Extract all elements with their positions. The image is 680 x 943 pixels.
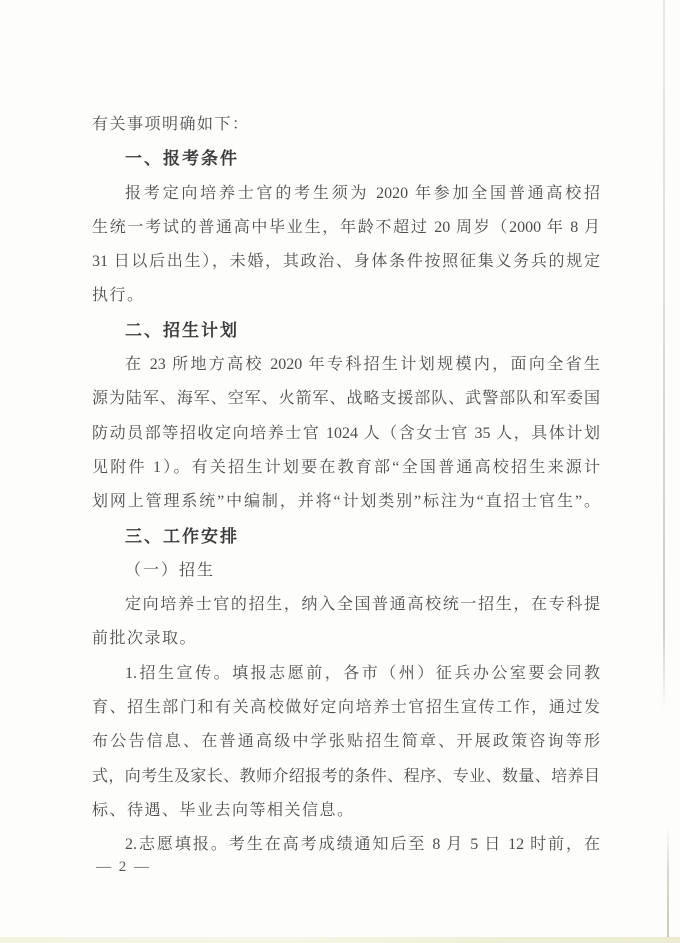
body-line: 划网上管理系统”中编制，并将“计划类别”标注为“直招士官生”。 [92,485,600,519]
body-line: 报考定向培养士官的考生须为 2020 年参加全国普通高校招 [92,177,600,211]
body-line: 布公告信息、在普通高级中学张贴招生简章、开展政策咨询等形 [92,725,600,759]
body-line: 执行。 [92,279,600,313]
body-line: 育、招生部门和有关高校做好定向培养士官招生宣传工作，通过发 [92,691,600,725]
document-text-block: 有关事项明确如下： 一、报考条件 报考定向培养士官的考生须为 2020 年参加全… [92,108,600,863]
body-line: 31 日以后出生），未婚，其政治、身体条件按照征集义务兵的规定 [92,245,600,279]
body-line: 防动员部等招收定向培养士官 1024 人（含女士官 35 人，具体计划 [92,417,600,451]
scanned-document-page: 有关事项明确如下： 一、报考条件 报考定向培养士官的考生须为 2020 年参加全… [0,0,680,943]
section-3-subheading: （一）招生 [92,554,600,588]
body-line: 1.招生宣传。填报志愿前，各市（州）征兵办公室要会同教 [92,657,600,691]
section-1-heading: 一、报考条件 [92,142,600,176]
section-3-heading: 三、工作安排 [92,520,600,554]
body-line: 在 23 所地方高校 2020 年专科招生计划规模内，面向全省生 [92,348,600,382]
body-line: 2.志愿填报。考生在高考成绩通知后至 8 月 5 日 12 时前，在 [92,828,600,862]
body-line: 生统一考试的普通高中毕业生，年龄不超过 20 周岁（2000 年 8 月 [92,211,600,245]
body-line: 标、待遇、毕业去向等相关信息。 [92,794,600,828]
scan-bottom-edge [0,937,680,943]
intro-text: 有关事项明确如下： [92,108,600,142]
paper-edge-line-lower [667,826,669,943]
body-line: 定向培养士官的招生，纳入全国普通高校统一招生，在专科提 [92,588,600,622]
section-2-heading: 二、招生计划 [92,314,600,348]
body-line: 源为陆军、海军、空军、火箭军、战略支援部队、武警部队和军委国 [92,382,600,416]
paper-edge-line [663,0,665,712]
body-line: 见附件 1）。有关招生计划要在教育部“全国普通高校招生来源计 [92,451,600,485]
body-line: 式，向考生及家长、教师介绍报考的条件、程序、专业、数量、培养目 [92,760,600,794]
body-line: 前批次录取。 [92,622,600,656]
page-number: — 2 — [96,855,151,879]
